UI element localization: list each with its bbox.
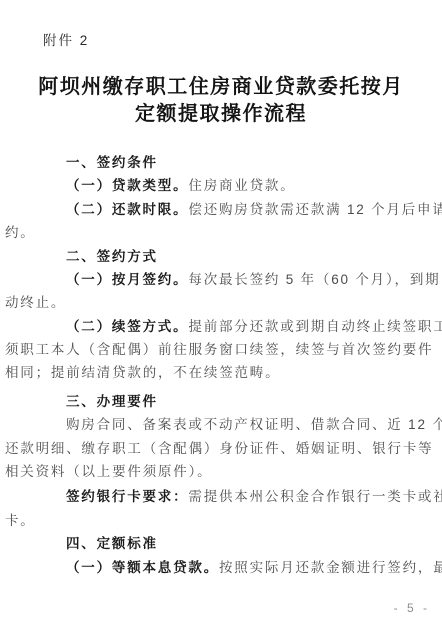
text-segment: 需提供本州公积金合作银行一类卡或社保: [188, 489, 442, 504]
text-segment: 相同；提前结清贷款的，不在续签范畴。: [5, 365, 280, 380]
text-line: 卡。: [5, 509, 36, 529]
text-line: 二、签约方式: [66, 245, 158, 265]
text-segment: 动终止。: [5, 295, 66, 310]
document-title-line1: 阿坝州缴存职工住房商业贷款委托按月: [0, 70, 442, 99]
text-segment: 须职工本人（含配偶）前往服务窗口续签，续签与首次签约要件: [5, 342, 433, 357]
text-line: 购房合同、备案表或不动产权证明、借款合同、近 12 个月: [66, 413, 442, 433]
text-line: 三、办理要件: [66, 390, 158, 410]
text-segment-bold: （一）按月签约。: [66, 272, 188, 287]
text-segment: 每次最长签约 5 年（60 个月），到期自: [188, 272, 442, 287]
text-segment: 住房商业贷款。: [188, 178, 295, 193]
text-line: 动终止。: [5, 291, 66, 311]
text-segment-bold: （二）续签方式。: [66, 319, 188, 334]
text-line: （一）等额本息贷款。按照实际月还款金额进行签约，最长: [66, 556, 442, 576]
text-segment: 按照实际月还款金额进行签约，最长: [219, 560, 442, 575]
text-line: 相同；提前结清贷款的，不在续签范畴。: [5, 361, 280, 381]
text-line: 须职工本人（含配偶）前往服务窗口续签，续签与首次签约要件: [5, 338, 433, 358]
text-segment-bold: 一、签约条件: [66, 155, 158, 170]
text-line: （一）按月签约。每次最长签约 5 年（60 个月），到期自: [66, 268, 442, 288]
text-segment: 提前部分还款或到期自动终止续签职工，: [188, 319, 442, 334]
text-segment-bold: （一）贷款类型。: [66, 178, 188, 193]
text-segment-bold: 三、办理要件: [66, 394, 158, 409]
text-line: 相关资料（以上要件须原件）。: [5, 460, 212, 480]
text-line: （二）还款时限。偿还购房贷款需还款满 12 个月后申请签: [66, 198, 442, 218]
text-segment: 相关资料（以上要件须原件）。: [5, 464, 212, 479]
text-line: 约。: [5, 221, 36, 241]
text-line: （一）贷款类型。住房商业贷款。: [66, 174, 296, 194]
text-segment: 偿还购房贷款需还款满 12 个月后申请签: [188, 202, 442, 217]
text-segment-bold: 二、签约方式: [66, 249, 158, 264]
attachment-label: 附件 2: [43, 29, 89, 49]
text-line: 一、签约条件: [66, 151, 158, 171]
text-segment-bold: （二）还款时限。: [66, 202, 188, 217]
text-line: （二）续签方式。提前部分还款或到期自动终止续签职工，: [66, 315, 442, 335]
text-segment-bold: 四、定额标准: [66, 536, 158, 551]
page-number: - 5 -: [394, 601, 430, 615]
text-line: 四、定额标准: [66, 532, 158, 552]
text-segment-bold: （一）等额本息贷款。: [66, 560, 219, 575]
text-line: 还款明细、缴存职工（含配偶）身份证件、婚姻证明、银行卡等: [5, 437, 433, 457]
text-segment-bold: 签约银行卡要求：: [66, 489, 188, 504]
text-segment: 卡。: [5, 513, 36, 528]
document-page: 附件 2 阿坝州缴存职工住房商业贷款委托按月 定额提取操作流程 一、签约条件（一…: [0, 0, 442, 626]
text-segment: 购房合同、备案表或不动产权证明、借款合同、近 12 个月: [66, 417, 442, 432]
text-segment: 约。: [5, 225, 36, 240]
text-segment: 还款明细、缴存职工（含配偶）身份证件、婚姻证明、银行卡等: [5, 441, 433, 456]
text-line: 签约银行卡要求：需提供本州公积金合作银行一类卡或社保: [66, 485, 442, 505]
document-title-line2: 定额提取操作流程: [0, 97, 442, 126]
